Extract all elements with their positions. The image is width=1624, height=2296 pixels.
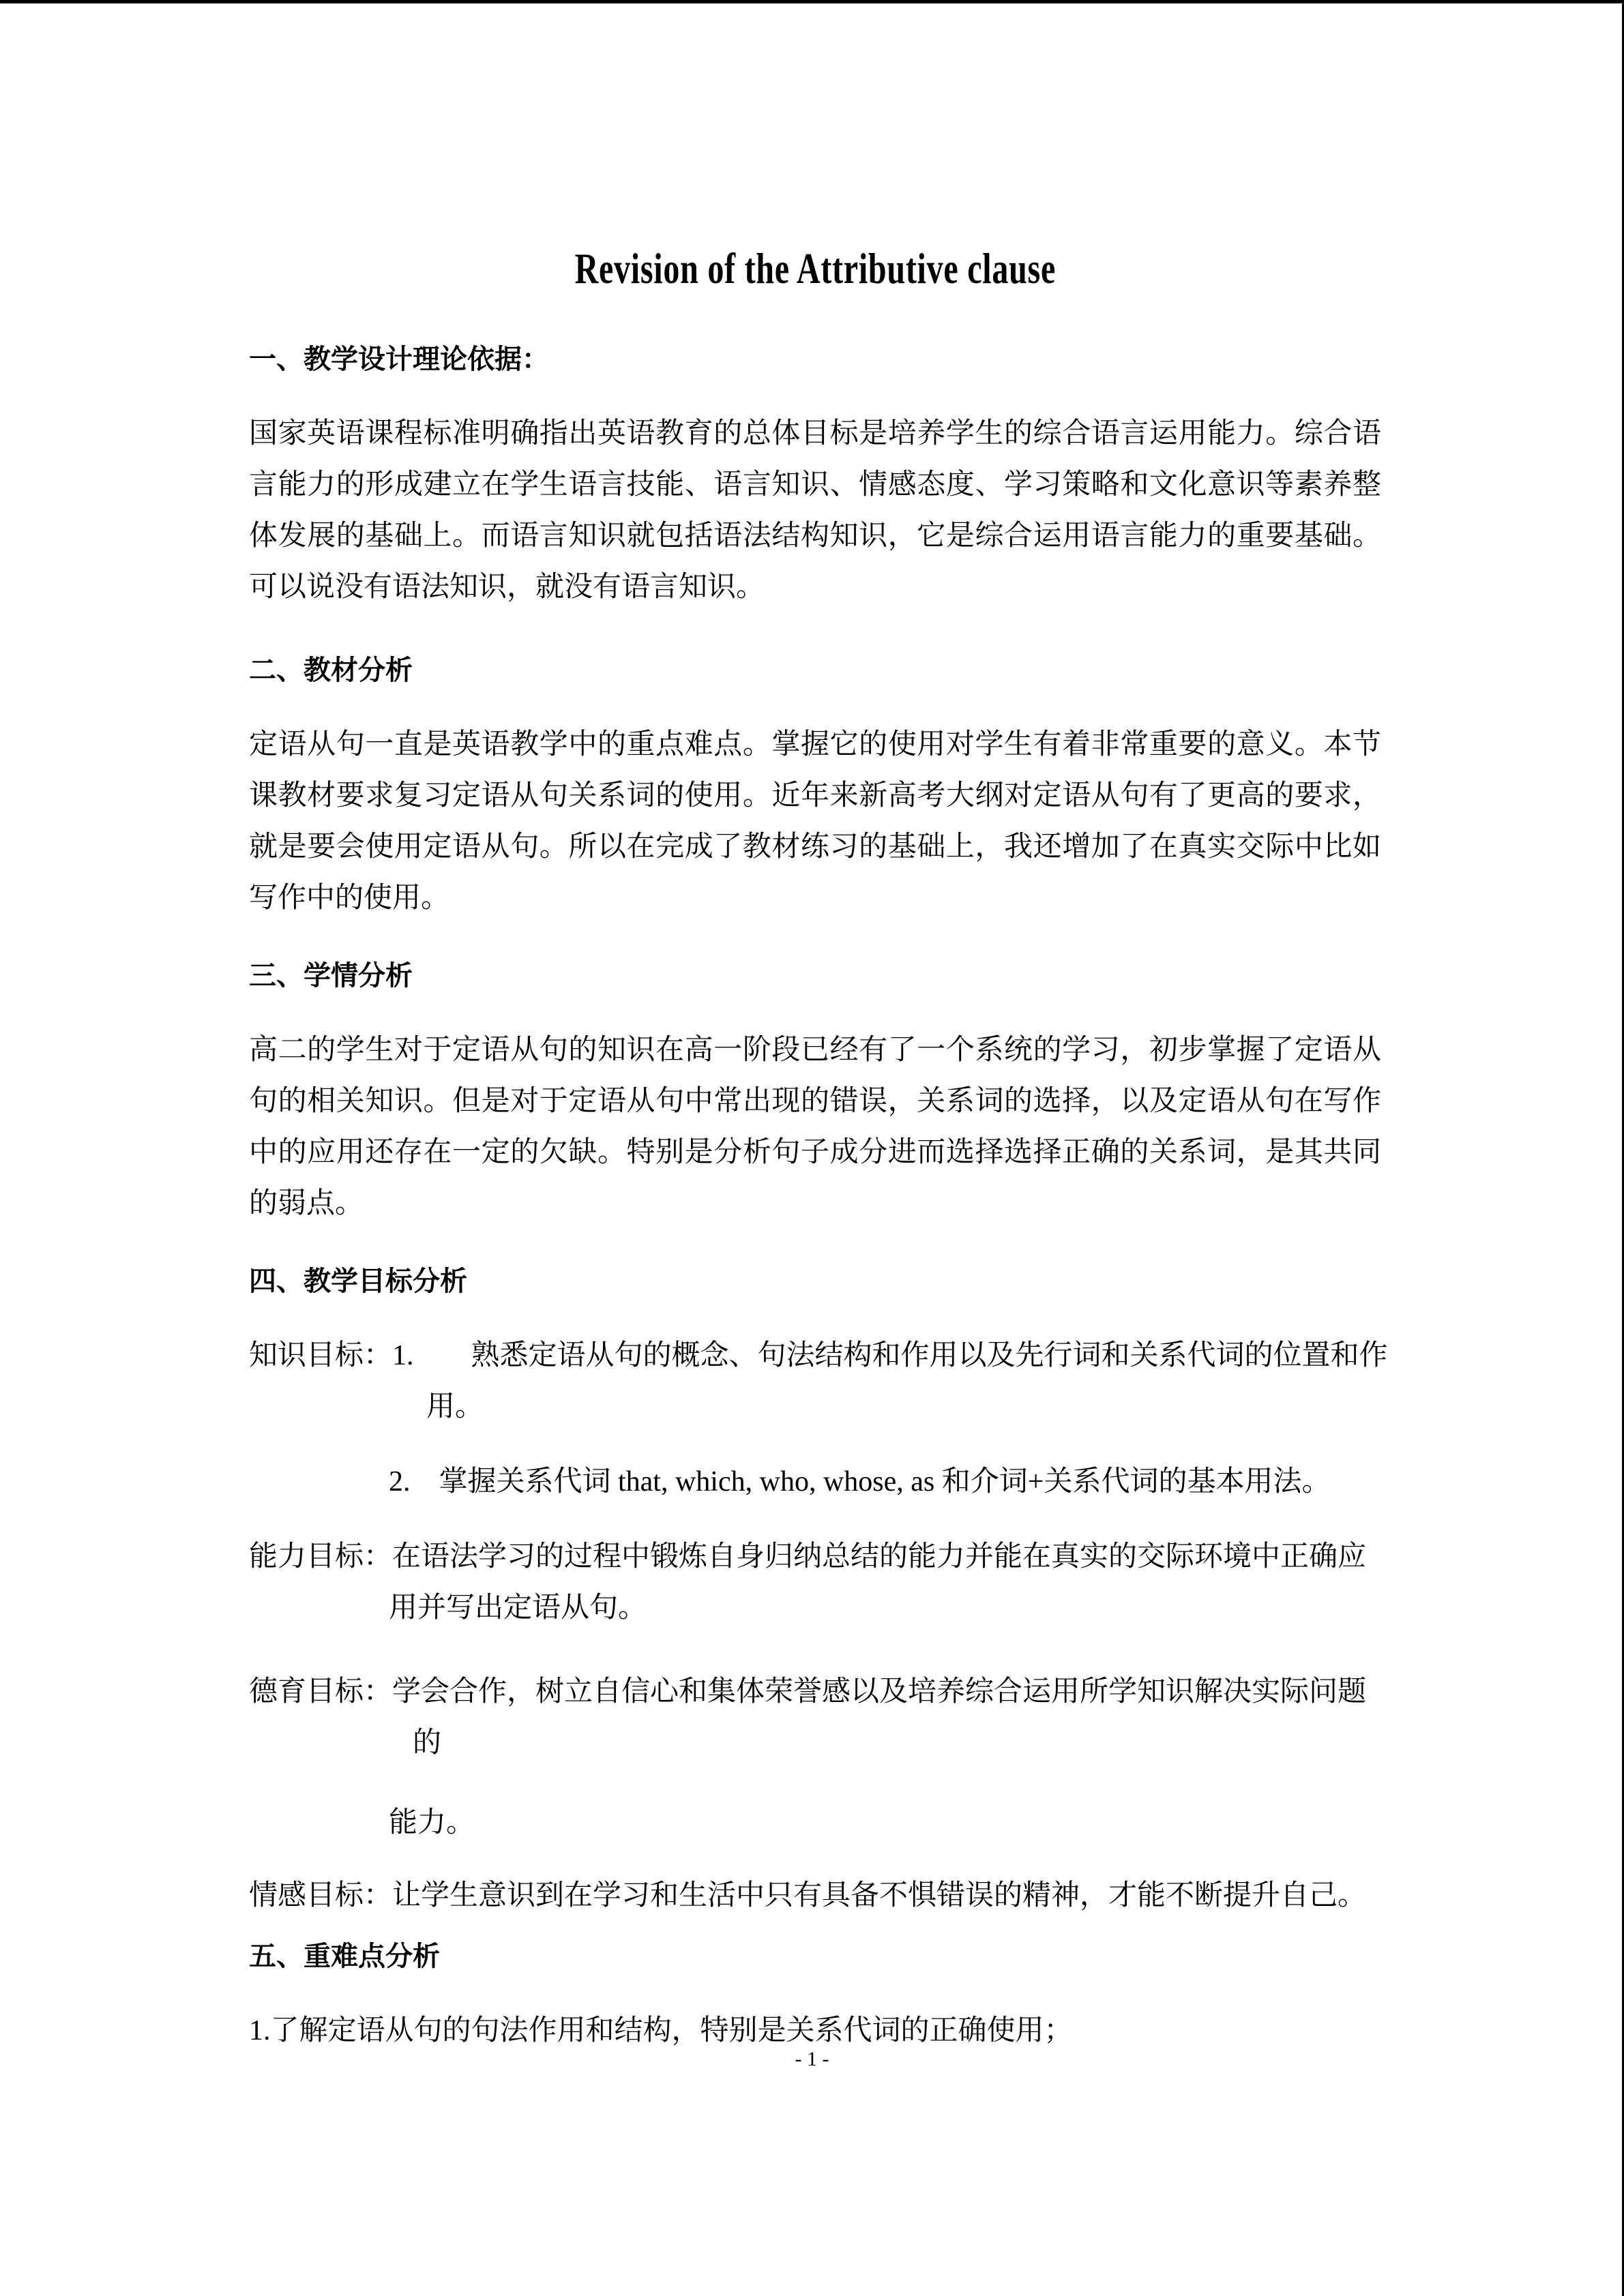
heading-section-4: 四、教学目标分析 <box>249 1264 1381 1299</box>
moral-goal-line-2: 的 <box>249 1718 1381 1769</box>
document-page: Revision of the Attributive clause 一、教学设… <box>0 0 1624 2296</box>
document-title-text: Revision of the Attributive clause <box>574 242 1055 295</box>
knowledge-goal-item-2: 2. 掌握关系代词 that, which, who, whose, as 和介… <box>249 1457 1381 1508</box>
paragraph-section-3: 高二的学生对于定语从句的知识在高一阶段已经有了一个系统的学习，初步掌握了定语从句… <box>249 1025 1381 1229</box>
heading-section-3: 三、学情分析 <box>249 958 1381 994</box>
ability-goal-line-1: 能力目标：在语法学习的过程中锻炼自身归纳总结的能力并能在真实的交际环境中正确应 <box>249 1532 1381 1583</box>
heading-section-2: 二、教材分析 <box>249 653 1381 688</box>
paragraph-section-1: 国家英语课程标准明确指出英语教育的总体目标是培养学生的综合语言运用能力。综合语言… <box>249 408 1381 613</box>
emotion-goal-line: 情感目标：让学生意识到在学习和生活中只有具备不惧错误的精神，才能不断提升自己。 <box>249 1870 1381 1922</box>
ability-goal-line-2: 用并写出定语从句。 <box>249 1583 1381 1634</box>
document-title: Revision of the Attributive clause <box>249 242 1381 302</box>
document-content: Revision of the Attributive clause 一、教学设… <box>249 0 1381 2057</box>
paragraph-section-2: 定语从句一直是英语教学中的重点难点。掌握它的使用对学生有着非常重要的意义。本节课… <box>249 719 1381 924</box>
moral-goal-line-1: 德育目标：学会合作，树立自信心和集体荣誉感以及培养综合运用所学知识解决实际问题 <box>249 1667 1381 1718</box>
knowledge-goal-line-1: 知识目标：1. 熟悉定语从句的概念、句法结构和作用以及先行词和关系代词的位置和作 <box>249 1330 1381 1382</box>
heading-section-1: 一、教学设计理论依据： <box>249 342 1381 377</box>
moral-goal-line-3: 能力。 <box>249 1798 1381 1849</box>
heading-section-5: 五、重难点分析 <box>249 1939 1381 1974</box>
knowledge-goal-line-2: 用。 <box>249 1382 1381 1433</box>
page-number: - 1 - <box>0 2046 1624 2073</box>
